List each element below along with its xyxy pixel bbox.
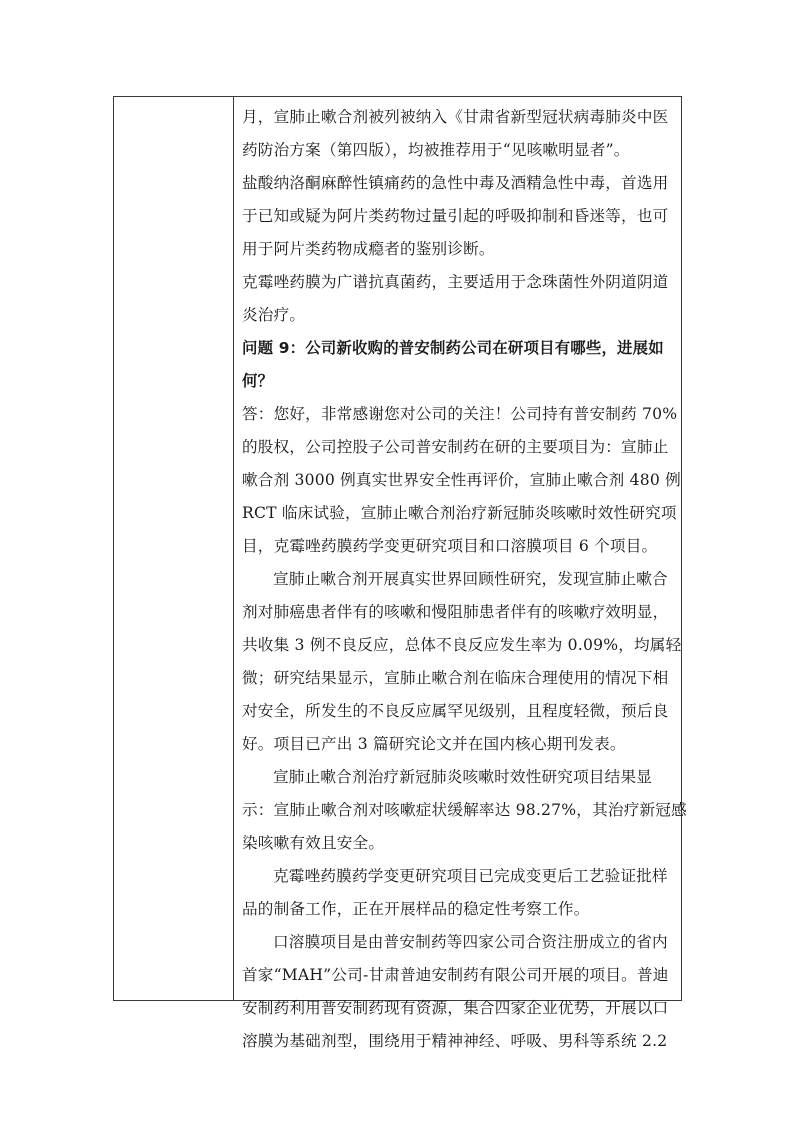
text-line: 口溶膜项目是由普安制药等四家公司合资注册成立的省内 (242, 926, 687, 959)
text-line: 目，克霉唑药膜药学变更研究项目和口溶膜项目 6 个项目。 (242, 530, 687, 563)
text-line: 答：您好，非常感谢您对公司的关注！公司持有普安制药 70% (242, 398, 687, 431)
text-line: 月，宣肺止嗽合剂被列被纳入《甘肃省新型冠状病毒肺炎中医 (242, 101, 687, 134)
answer-paragraph-covid-cough-study: 宣肺止嗽合剂治疗新冠肺炎咳嗽时效性研究项目结果显 示：宣肺止嗽合剂对咳嗽症状缓解… (242, 761, 687, 860)
text-line: 品的制备工作，正在开展样品的稳定性考察工作。 (242, 893, 687, 926)
paragraph-clotrimazole: 克霉唑药膜为广谱抗真菌药，主要适用于念珠菌性外阴道阴道 炎治疗。 (242, 266, 687, 332)
table-left-cell (114, 97, 234, 1000)
text-line: 示：宣肺止嗽合剂对咳嗽症状缓解率达 98.27%，其治疗新冠感 (242, 794, 687, 827)
text-line: 盐酸纳洛酮麻醉性镇痛药的急性中毒及酒精急性中毒，首选用 (242, 167, 687, 200)
answer-paragraph-overview: 答：您好，非常感谢您对公司的关注！公司持有普安制药 70% 的股权，公司控股子公… (242, 398, 687, 563)
question-9-heading: 问题 9：公司新收购的普安制药公司在研项目有哪些，进展如 何？ (242, 332, 687, 398)
text-line: 用于阿片类药物成瘾者的鉴别诊断。 (242, 233, 687, 266)
question-line: 何？ (242, 365, 687, 398)
text-line: 药防治方案（第四版），均被推荐用于“见咳嗽明显者”。 (242, 134, 687, 167)
paragraph-tcm-plan: 月，宣肺止嗽合剂被列被纳入《甘肃省新型冠状病毒肺炎中医 药防治方案（第四版），均… (242, 101, 687, 167)
text-line: 克霉唑药膜为广谱抗真菌药，主要适用于念珠菌性外阴道阴道 (242, 266, 687, 299)
text-line: 微；研究结果显示，宣肺止嗽合剂在临床合理使用的情况下相 (242, 662, 687, 695)
text-line: 的股权，公司控股子公司普安制药在研的主要项目为：宣肺止 (242, 431, 687, 464)
text-line: 溶膜为基础剂型，围绕用于精神神经、呼吸、男科等系统 2.2 (242, 1025, 687, 1058)
document-table: 月，宣肺止嗽合剂被列被纳入《甘肃省新型冠状病毒肺炎中医 药防治方案（第四版），均… (113, 96, 682, 1001)
table-right-cell: 月，宣肺止嗽合剂被列被纳入《甘肃省新型冠状病毒肺炎中医 药防治方案（第四版），均… (234, 97, 693, 1000)
answer-paragraph-real-world-study: 宣肺止嗽合剂开展真实世界回顾性研究，发现宣肺止嗽合 剂对肺癌患者伴有的咳嗽和慢阻… (242, 563, 687, 761)
text-line: 好。项目已产出 3 篇研究论文并在国内核心期刊发表。 (242, 728, 687, 761)
question-line: 问题 9：公司新收购的普安制药公司在研项目有哪些，进展如 (242, 332, 687, 365)
text-line: 共收集 3 例不良反应，总体不良反应发生率为 0.09%，均属轻 (242, 629, 687, 662)
text-line: 嗽合剂 3000 例真实世界安全性再评价，宣肺止嗽合剂 480 例 (242, 464, 687, 497)
text-line: RCT 临床试验，宣肺止嗽合剂治疗新冠肺炎咳嗽时效性研究项 (242, 497, 687, 530)
text-line: 剂对肺癌患者伴有的咳嗽和慢阻肺患者伴有的咳嗽疗效明显， (242, 596, 687, 629)
text-line: 宣肺止嗽合剂治疗新冠肺炎咳嗽时效性研究项目结果显 (242, 761, 687, 794)
paragraph-naloxone: 盐酸纳洛酮麻醉性镇痛药的急性中毒及酒精急性中毒，首选用 于已知或疑为阿片类药物过… (242, 167, 687, 266)
text-line: 对安全，所发生的不良反应属罕见级别，且程度轻微，预后良 (242, 695, 687, 728)
text-line: 首家“MAH”公司-甘肃普迪安制药有限公司开展的项目。普迪 (242, 959, 687, 992)
text-line: 炎治疗。 (242, 299, 687, 332)
answer-paragraph-clotrimazole-change: 克霉唑药膜药学变更研究项目已完成变更后工艺验证批样 品的制备工作，正在开展样品的… (242, 860, 687, 926)
text-line: 安制药利用普安制药现有资源，集合四家企业优势，开展以口 (242, 992, 687, 1025)
answer-paragraph-oral-film: 口溶膜项目是由普安制药等四家公司合资注册成立的省内 首家“MAH”公司-甘肃普迪… (242, 926, 687, 1058)
text-line: 克霉唑药膜药学变更研究项目已完成变更后工艺验证批样 (242, 860, 687, 893)
text-line: 于已知或疑为阿片类药物过量引起的呼吸抑制和昏迷等，也可 (242, 200, 687, 233)
text-line: 宣肺止嗽合剂开展真实世界回顾性研究，发现宣肺止嗽合 (242, 563, 687, 596)
text-line: 染咳嗽有效且安全。 (242, 827, 687, 860)
